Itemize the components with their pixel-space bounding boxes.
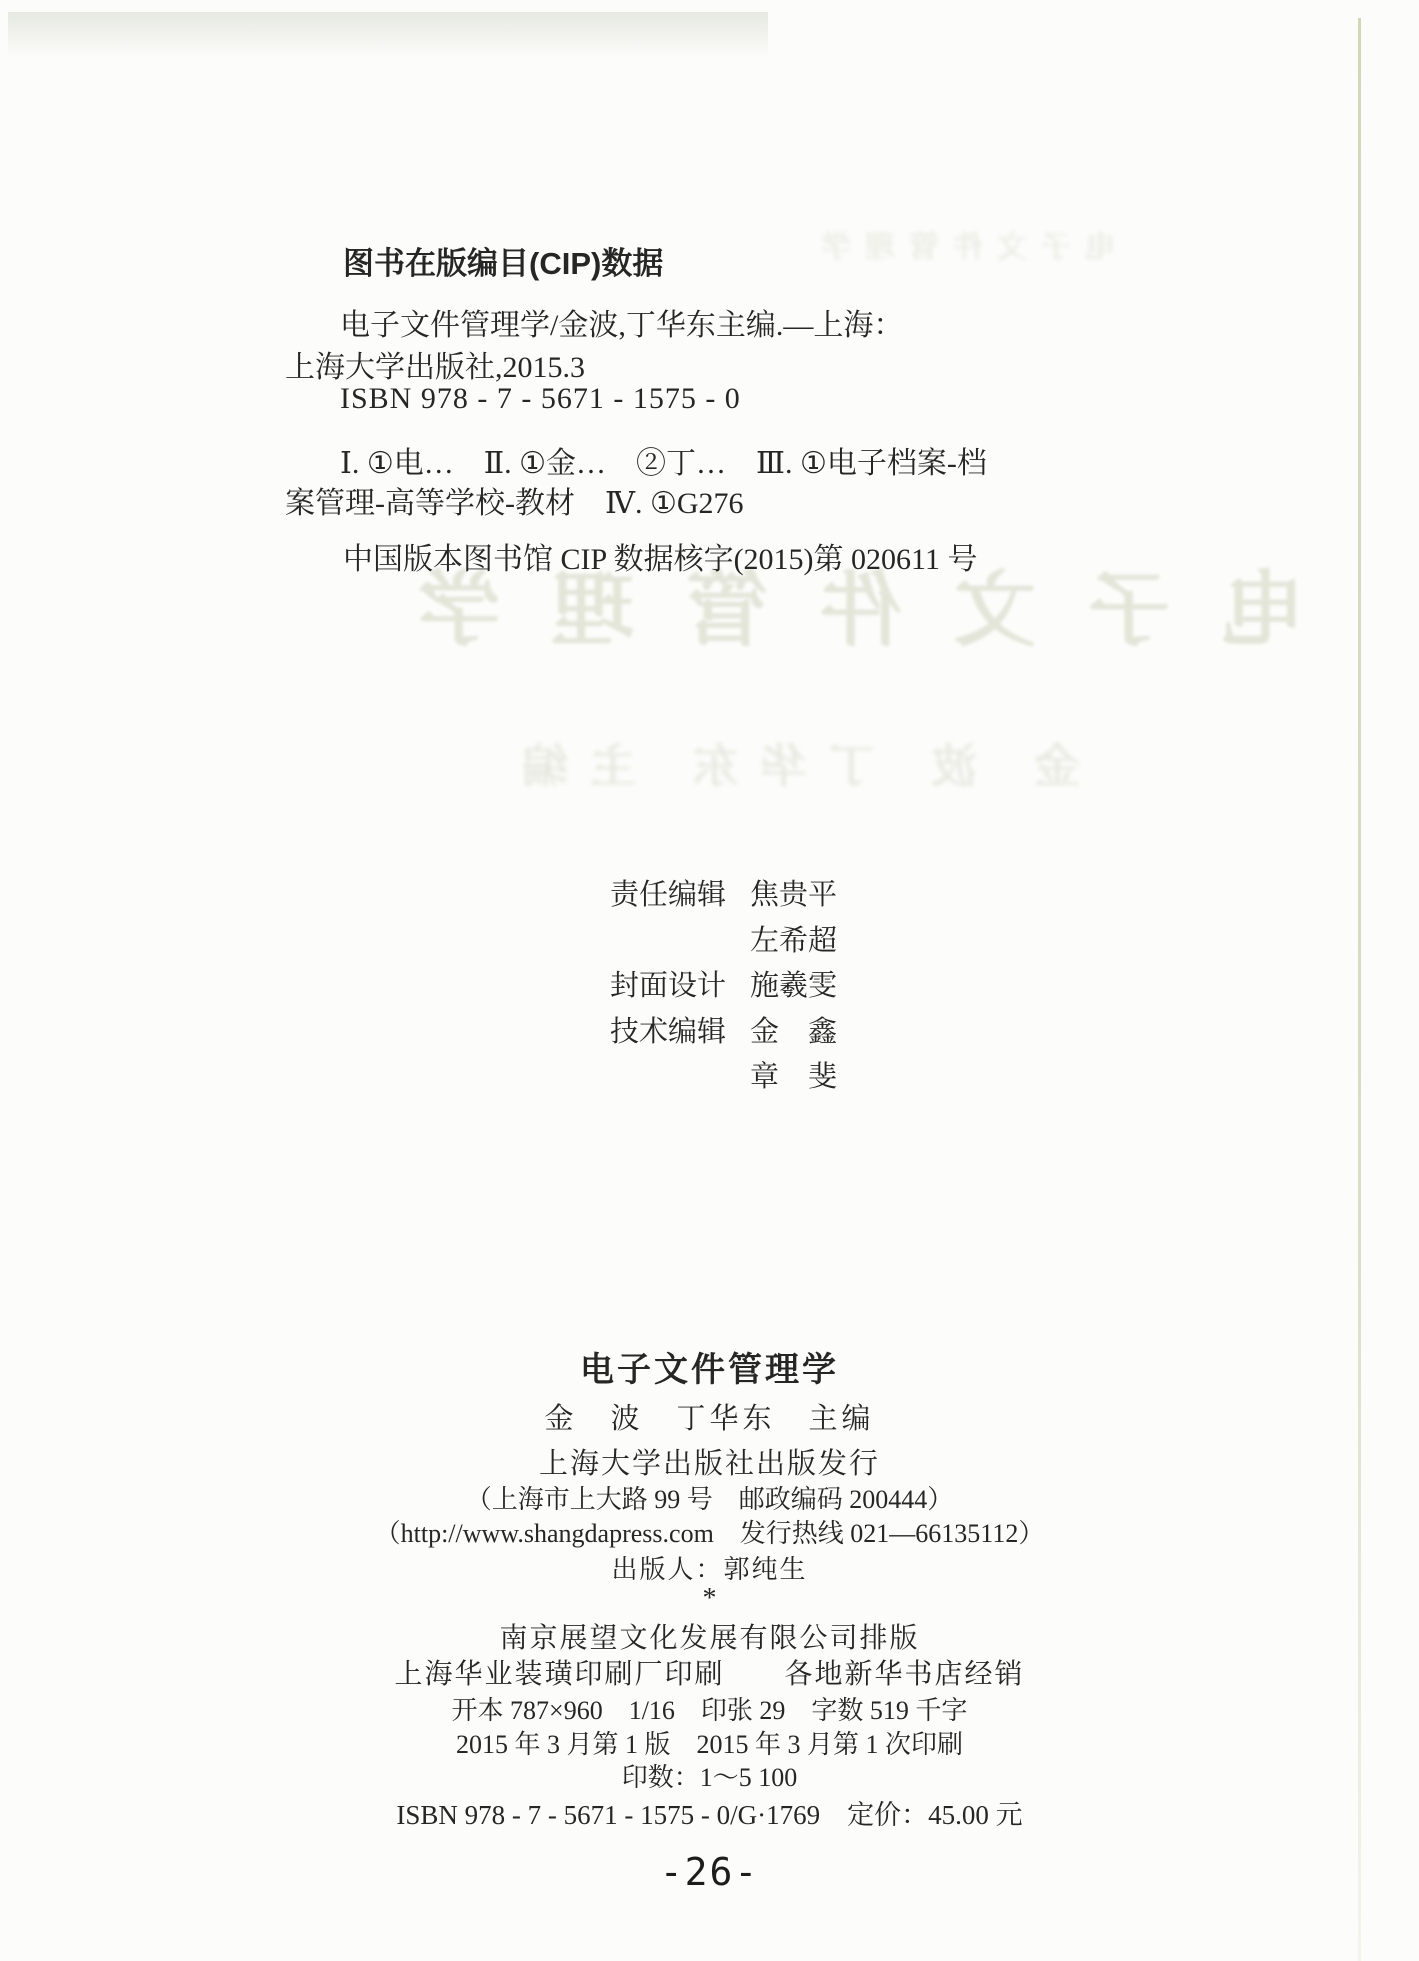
credit-person-name: 左希超 xyxy=(750,925,837,957)
credit-person-name: 施羲雯 xyxy=(750,970,837,1002)
credit-row: 封面设计施羲雯 xyxy=(610,963,837,1004)
credit-person-name: 金 鑫 xyxy=(750,1016,837,1048)
book-byline: 金 波 丁华东 主编 xyxy=(0,1396,1419,1437)
format-specs: 开本 787×960 1/16 印张 29 字数 519 千字 xyxy=(0,1690,1419,1727)
publisher-website: （http://www.shangdapress.com 发行热线 021—66… xyxy=(0,1513,1419,1550)
credit-row: 章 斐 xyxy=(610,1054,837,1095)
cip-heading: 图书在版编目(CIP)数据 xyxy=(343,238,663,283)
credit-role-label: 技术编辑 xyxy=(610,1009,750,1050)
scan-shading-top xyxy=(8,12,768,58)
cip-publisher-line: 上海大学出版社,2015.3 xyxy=(285,342,585,386)
credit-role-label: 责任编辑 xyxy=(610,872,750,913)
publisher-address: （上海市上大路 99 号 邮政编码 200444） xyxy=(0,1479,1419,1516)
credit-person-name: 焦贵平 xyxy=(750,879,837,911)
edition-info: 2015 年 3 月第 1 版 2015 年 3 月第 1 次印刷 xyxy=(0,1724,1419,1761)
book-title: 电子文件管理学 xyxy=(0,1342,1419,1391)
cip-record-number-line: 中国版本图书馆 CIP 数据核字(2015)第 020611 号 xyxy=(343,534,977,578)
credit-role-label: 封面设计 xyxy=(610,963,750,1004)
cip-classification-line-2: 案管理-高等学校-教材 Ⅳ. ①G276 xyxy=(285,478,744,522)
print-run: 印数：1～5 100 xyxy=(0,1757,1419,1794)
cip-classification-line-1: Ⅰ. ①电… Ⅱ. ①金… ②丁… Ⅲ. ①电子档案-档 xyxy=(340,438,987,482)
page-number: -26- xyxy=(0,1850,1419,1894)
credit-person-name: 章 斐 xyxy=(750,1061,837,1093)
publisher-person: 出版人：郭纯生 xyxy=(0,1549,1419,1586)
credit-row: 左希超 xyxy=(610,918,837,959)
isbn-price: ISBN 978 - 7 - 5671 - 1575 - 0/G·1769 定价… xyxy=(0,1793,1419,1832)
cip-title-author-line: 电子文件管理学/金波,丁华东主编.—上海： xyxy=(340,300,903,344)
book-copyright-page: 电子文件管理学 电子文件管理学 金 波 丁华东 主编 图书在版编目(CIP)数据… xyxy=(0,0,1419,1961)
credit-row: 责任编辑焦贵平 xyxy=(610,872,837,913)
credit-row: 技术编辑金 鑫 xyxy=(610,1009,837,1050)
typesetting-company: 南京展望文化发展有限公司排版 xyxy=(0,1616,1419,1656)
publisher-line: 上海大学出版社出版发行 xyxy=(0,1441,1419,1482)
cip-isbn-line: ISBN 978 - 7 - 5671 - 1575 - 0 xyxy=(340,382,741,416)
printing-distribution: 上海华业装璜印刷厂印刷 各地新华书店经销 xyxy=(0,1652,1419,1692)
ghost-showthrough-byline: 金 波 丁华东 主编 xyxy=(470,730,1110,796)
divider-star: * xyxy=(0,1583,1419,1615)
